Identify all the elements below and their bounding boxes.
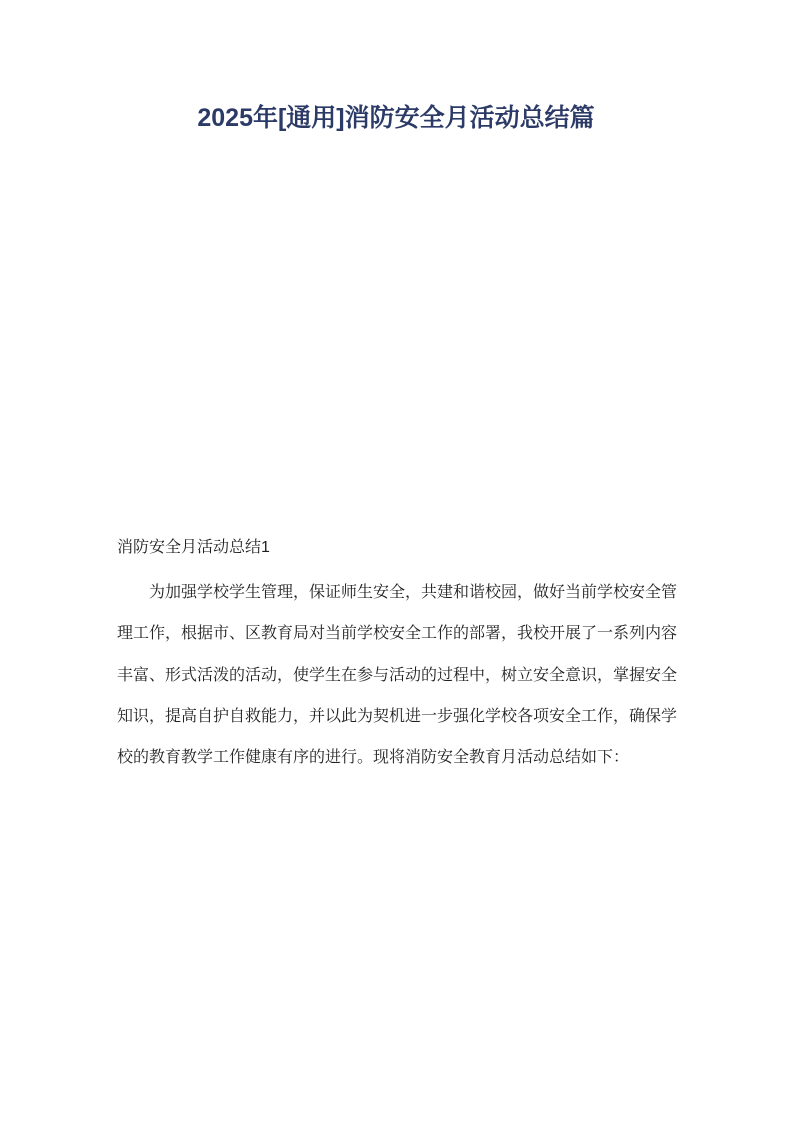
document-title: 2025年[通用]消防安全月活动总结篇 (0, 101, 792, 135)
paragraph-line-4: 知识，提高自护自救能力，并以此为契机进一步强化学校各项安全工作，确保学 (117, 696, 677, 737)
document-page: 2025年[通用]消防安全月活动总结篇 消防安全月活动总结1 为加强学校学生管理… (0, 0, 792, 1122)
body-paragraph: 为加强学校学生管理，保证师生安全，共建和谐校园，做好当前学校安全管 理工作，根据… (117, 572, 677, 778)
paragraph-line-1: 为加强学校学生管理，保证师生安全，共建和谐校园，做好当前学校安全管 (117, 572, 677, 613)
section-heading: 消防安全月活动总结1 (117, 536, 270, 560)
paragraph-line-3: 丰富、形式活泼的活动，使学生在参与活动的过程中，树立安全意识，掌握安全 (117, 655, 677, 696)
paragraph-line-5: 校的教育教学工作健康有序的进行。现将消防安全教育月活动总结如下： (117, 737, 677, 778)
paragraph-line-2: 理工作，根据市、区教育局对当前学校安全工作的部署，我校开展了一系列内容 (117, 613, 677, 654)
